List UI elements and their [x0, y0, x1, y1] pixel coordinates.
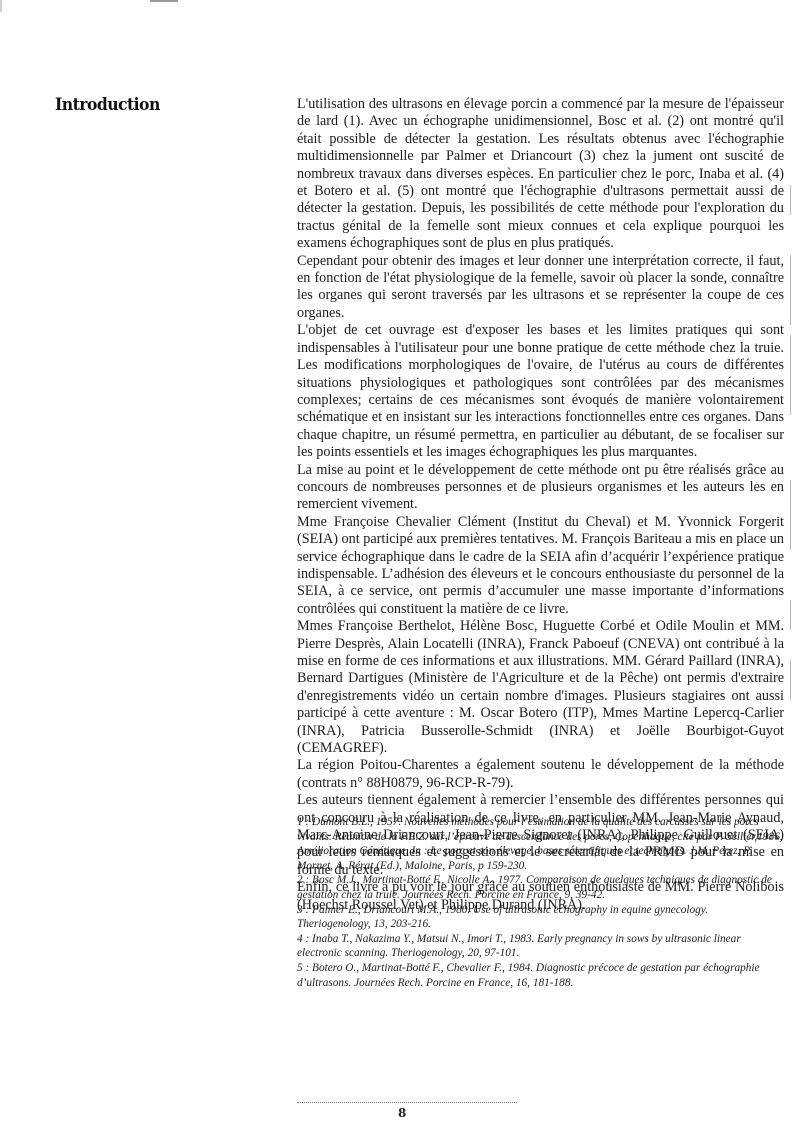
paragraph: Mmes Françoise Berthelot, Hélène Bosc, H…	[297, 618, 784, 757]
footnotes: 1 : Dumont B.L., 1957. Nouvelles méthode…	[297, 815, 784, 990]
page-number: 8	[398, 1106, 406, 1120]
margin-rule	[790, 255, 791, 325]
paragraph: Cependant pour obtenir des images et leu…	[297, 253, 784, 323]
footnote: 4 : Inaba T., Nakazima Y., Matsui N., Im…	[297, 932, 784, 961]
footnote: 2 : Bosc M.J., Martinat-Botté F., Nicoll…	[297, 873, 784, 902]
footnote: 1 : Dumont B.L., 1957. Nouvelles méthode…	[297, 815, 784, 873]
body-text: L'utilisation des ultrasons en élevage p…	[297, 96, 784, 914]
margin-rule	[790, 480, 791, 550]
paragraph: L'utilisation des ultrasons en élevage p…	[297, 96, 784, 253]
margin-rule	[790, 600, 791, 630]
paragraph: La mise au point et le développement de …	[297, 462, 784, 514]
margin-rule	[790, 185, 791, 215]
paragraph: L'objet de cet ouvrage est d'exposer les…	[297, 322, 784, 461]
scan-top-mark	[150, 0, 178, 2]
margin-rule	[790, 660, 791, 700]
footer-divider	[297, 1102, 517, 1103]
paragraph: Mme Françoise Chevalier Clément (Institu…	[297, 514, 784, 618]
footnote: 3 : Palmer E., Driancourt M.A., 1980. Us…	[297, 903, 784, 932]
scan-edge-mark	[0, 0, 2, 12]
margin-rule	[790, 335, 791, 415]
footnote: 5 : Botero O., Martinat-Botté F., Cheval…	[297, 961, 784, 990]
paragraph: La région Poitou-Charentes a également s…	[297, 757, 784, 792]
section-heading: Introduction	[55, 95, 160, 115]
